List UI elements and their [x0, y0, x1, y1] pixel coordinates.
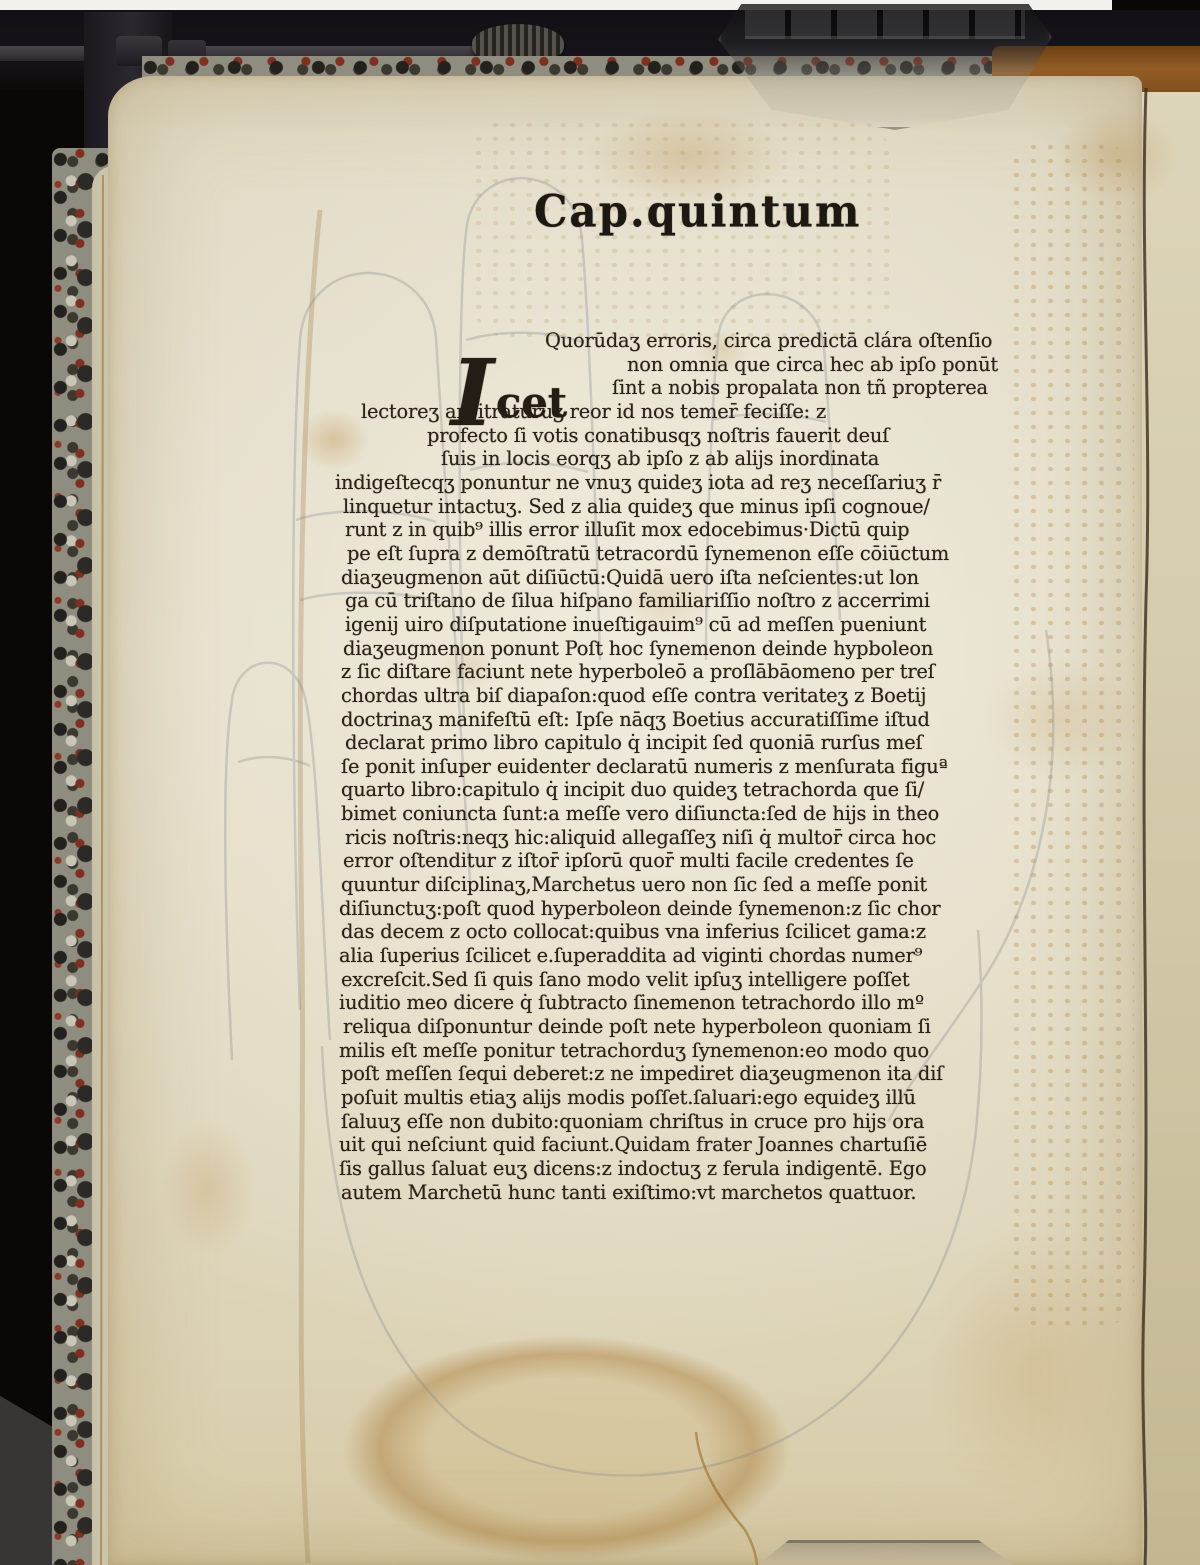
text-line-7: indigeſtecqʒ ponuntur ne vnuʒ quideʒ iot…: [335, 471, 1035, 495]
drop-cap: Icet: [451, 349, 567, 425]
text-line-9: runt z in quib⁹ illis error illuſit mox …: [345, 518, 1035, 542]
text-line-36: ſis gallus ſaluat euʒ dicens:z indoctuʒ …: [339, 1157, 1035, 1181]
text-line-23: error oſtenditur z iſtor̄ ipſorū quor̄ m…: [343, 849, 1035, 873]
text-line-2: non omnia que circa hec ab ipſo ponūt: [627, 353, 1035, 377]
text-line-32: poſt meſſen ſequi deberet:z ne impediret…: [341, 1062, 1035, 1086]
text-line-6: ſuis in locis eorqʒ ab ipſo z ab alijs i…: [441, 447, 1035, 471]
text-line-15: z ſic diſtare faciunt nete hyperboleō a …: [341, 660, 1035, 684]
drop-cap-initial: I: [451, 361, 494, 425]
text-line-13: igenij uiro diſputatione inueſtigauim⁹ c…: [345, 613, 1035, 637]
text-line-25: diſiunctuʒ:poſt quod hyperboleon deinde …: [339, 897, 1035, 921]
book-photo: Cap.quintum Icet Quorūdaʒ erroris, circa…: [0, 0, 1200, 1565]
text-line-21: bimet coniuncta ſunt:a meſſe vero diſiun…: [341, 802, 1035, 826]
text-line-27: alia ſuperius ſcilicet e.ſuperaddita ad …: [339, 944, 1035, 968]
text-line-16: chordas ultra biſ diapaſon:quod eſſe con…: [341, 684, 1035, 708]
text-line-19: ſe ponit inſuper euidenter declaratū num…: [341, 755, 1035, 779]
text-line-29: iuditio meo dicere q̇ ſubtracto ſinemeno…: [339, 991, 1035, 1015]
text-line-11: diaʒeugmenon aūt diſiūctū:Quidā uero iſt…: [341, 566, 1035, 590]
text-line-8: linquetur intactuʒ. Sed z alia quideʒ qu…: [343, 495, 1035, 519]
text-line-22: ricis noſtris:neqʒ hic:aliquid allegaſſe…: [345, 826, 1035, 850]
text-line-26: das decem z octo collocat:quibus vna inf…: [341, 920, 1035, 944]
text-line-3: ſint a nobis propalata non tñ propterea: [612, 376, 1035, 400]
text-line-30: reliqua diſponuntur deinde poſt nete hyp…: [343, 1015, 1035, 1039]
bottom-clamp: [758, 1540, 1014, 1565]
text-block: Icet Quorūdaʒ erroris, circa predictā cl…: [335, 329, 1035, 1204]
text-line-17: doctrinaʒ manifeſtū eſt: Ipſe nāqʒ Boeti…: [341, 708, 1035, 732]
text-line-20: quarto libro:capitulo q̇ incipit duo qui…: [341, 778, 1035, 802]
text-line-35: uit qui neſciunt quid faciunt.Quidam fra…: [339, 1133, 1035, 1157]
text-line-1: Quorūdaʒ erroris, circa predictā clára o…: [545, 329, 1035, 353]
text-line-31: milis eſt meſſe ponitur tetrachorduʒ ſyn…: [339, 1039, 1035, 1063]
text-line-10: pe eſt ſupra z demōſtratū tetracordū ſyn…: [347, 542, 1035, 566]
text-line-14: diaʒeugmenon ponunt Poſt hoc ſynemenon d…: [343, 637, 1035, 661]
text-line-37: autem Marchetū hunc tanti exiſtimo:vt ma…: [341, 1181, 1035, 1205]
text-line-24: quuntur diſciplinaʒ,Marchetus uero non ſ…: [341, 873, 1035, 897]
chapter-heading: Cap.quintum: [534, 185, 861, 239]
drop-cap-rest: cet: [496, 383, 567, 423]
text-line-33: poſuit multis etiaʒ alijs modis poſſet.ſ…: [341, 1086, 1035, 1110]
text-line-18: declarat primo libro capitulo q̇ incipit…: [345, 731, 1035, 755]
text-line-34: ſaluuʒ eſſe non dubito:quoniam chriſtus …: [341, 1110, 1035, 1134]
underleaf-right-edge: [1136, 92, 1200, 1565]
text-line-5: profecto ſi votis conatibusqʒ noſtris fa…: [427, 424, 1035, 448]
text-line-12: ga cū triſtano de ſilua hiſpano familiar…: [345, 589, 1035, 613]
text-line-28: excreſcit.Sed ſi quis ſano modo velit ip…: [341, 968, 1035, 992]
clamp-grid-icon: [745, 10, 1026, 39]
